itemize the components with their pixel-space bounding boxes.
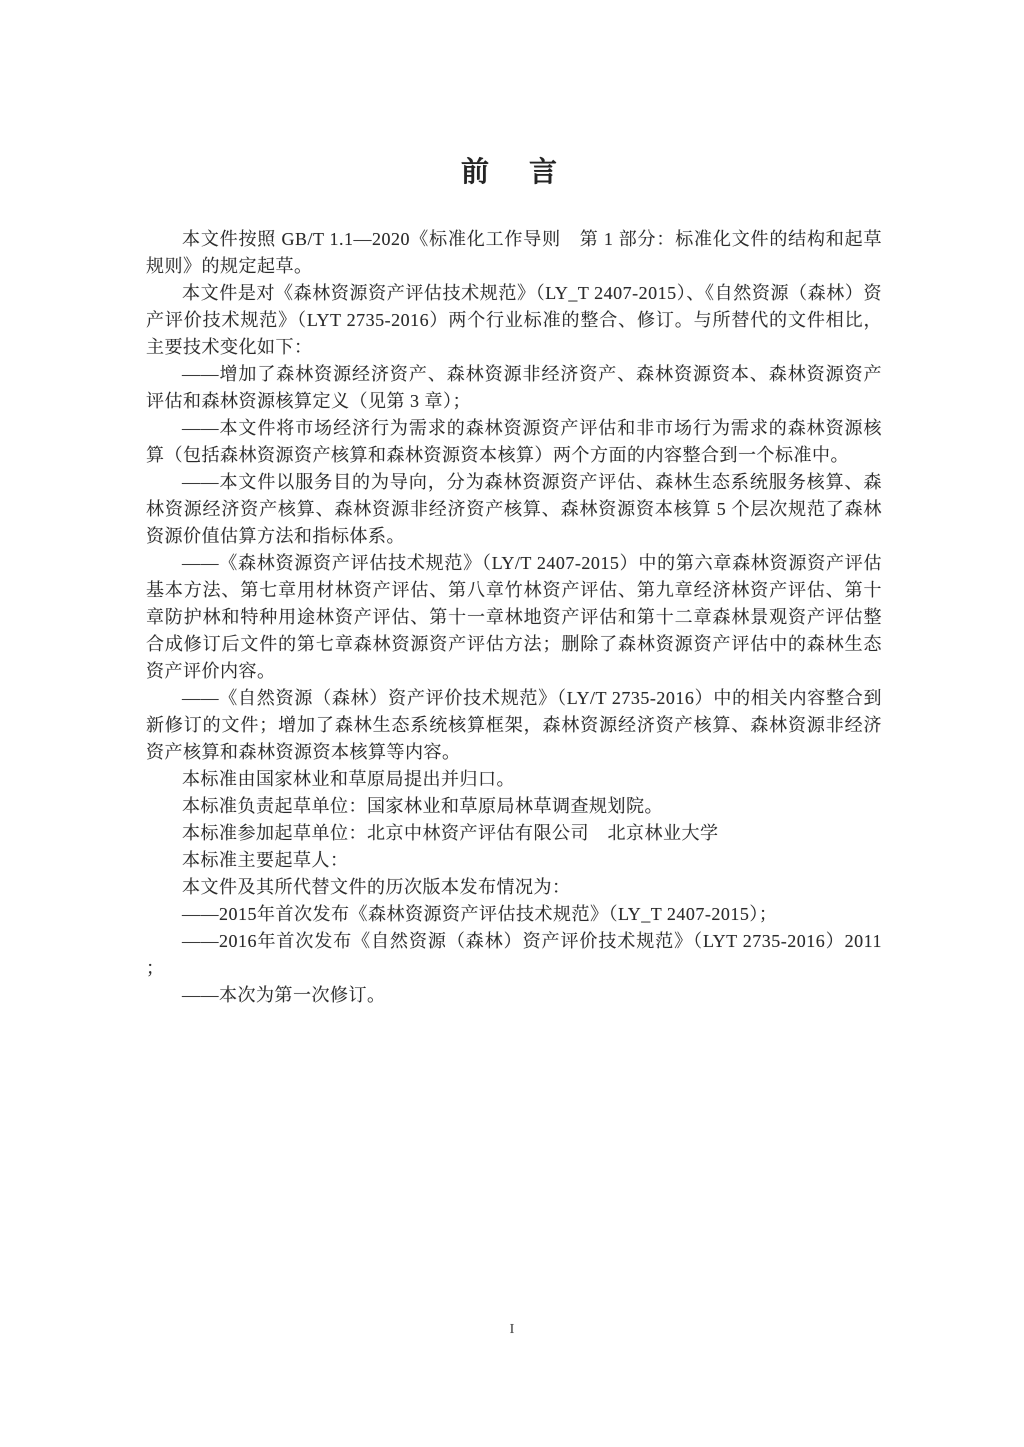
change-item-definitions: ——增加了森林资源经济资产、森林资源非经济资产、森林资源资本、森林资源资产评估和… <box>146 361 882 415</box>
change-item-integration: ——本文件将市场经济行为需求的森林资源资产评估和非市场行为需求的森林资源核算（包… <box>146 415 882 469</box>
change-item-ly2407: ——《森林资源资产评估技术规范》（LY/T 2407-2015）中的第六章森林资… <box>146 550 882 685</box>
para-revision-overview: 本文件是对《森林资源资产评估技术规范》（LY_T 2407-2015）、《自然资… <box>146 280 882 361</box>
para-main-drafters: 本标准主要起草人： <box>146 847 882 874</box>
history-item-2015: ——2015年首次发布《森林资源资产评估技术规范》（LY_T 2407-2015… <box>146 901 882 928</box>
para-drafting-basis: 本文件按照 GB/T 1.1—2020《标准化工作导则 第 1 部分：标准化文件… <box>146 226 882 280</box>
change-item-structure: ——本文件以服务目的为导向，分为森林资源资产评估、森林生态系统服务核算、森林资源… <box>146 469 882 550</box>
page-number: I <box>0 1322 1024 1338</box>
history-item-2016: ——2016年首次发布《自然资源（森林）资产评价技术规范》（LYT 2735-2… <box>146 928 882 982</box>
para-responsible-unit: 本标准负责起草单位：国家林业和草原局林草调查规划院。 <box>146 793 882 820</box>
para-proposed-by: 本标准由国家林业和草原局提出并归口。 <box>146 766 882 793</box>
para-participating-units: 本标准参加起草单位：北京中林资产评估有限公司 北京林业大学 <box>146 820 882 847</box>
page-title: 前 言 <box>0 150 1024 190</box>
change-item-ly2735: ——《自然资源（森林）资产评价技术规范》（LY/T 2735-2016）中的相关… <box>146 685 882 766</box>
preface-body: 本文件按照 GB/T 1.1—2020《标准化工作导则 第 1 部分：标准化文件… <box>146 226 882 1009</box>
document-page: 前 言 本文件按照 GB/T 1.1—2020《标准化工作导则 第 1 部分：标… <box>0 0 1024 1447</box>
history-item-first-revision: ——本次为第一次修订。 <box>146 982 882 1009</box>
para-version-history-intro: 本文件及其所代替文件的历次版本发布情况为： <box>146 874 882 901</box>
